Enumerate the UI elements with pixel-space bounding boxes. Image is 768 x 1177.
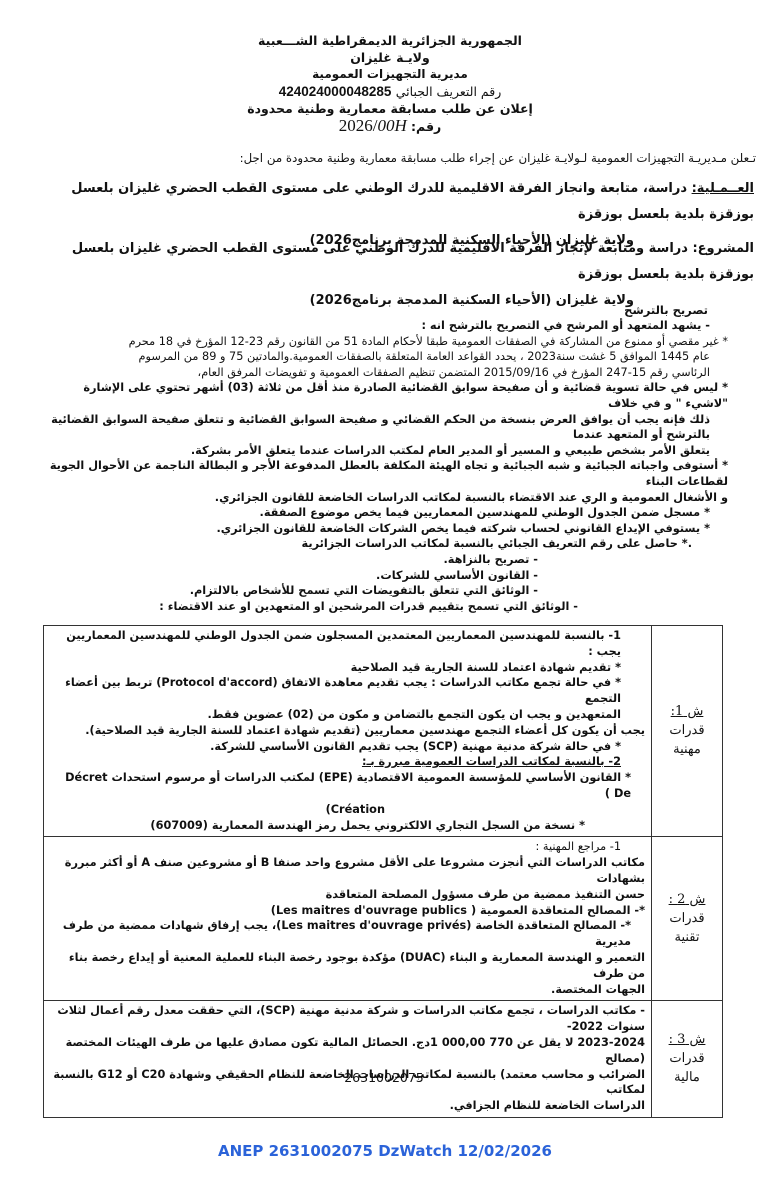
criteria-label-line: قدرات [658,1049,716,1068]
declaration-line: - تصريح بالنزاهة. [42,552,728,568]
announcement-page: الجمهورية الجزائرية الديمقراطية الشـــعب… [0,0,768,1177]
tax-id-value: 424024000048285 [279,84,392,99]
declaration-line: - الوثائق التي تتعلق بالتفويضات التي تسم… [42,583,728,599]
reference-year: 2026/ [339,116,378,135]
criteria-line: 2- بالنسبة لمكاتب الدراسات العمومية مبرر… [50,754,645,770]
criteria-line: * تقديم شهادة اعتماد للسنة الجارية قيد ا… [50,660,645,676]
declaration-line: و الأشغال العمومية و الري عند الاقتضاء ب… [42,490,728,506]
operation-label: العــمـلية: [692,181,754,196]
criteria-label: ش 3 : قدرات مالية [652,1001,723,1118]
criteria-label-line: قدرات [658,721,716,740]
criteria-row-technical: ش 2 : قدرات تقنية 1- مراجع المهنية : مكا… [44,837,723,1001]
criteria-line: التعمير و الهندسة المعمارية و البناء (DU… [50,950,645,982]
declaration-line: عام 1445 الموافق 5 غشت سنة2023 ، يحدد ال… [42,349,728,365]
criteria-line: يجب أن يكون كل أعضاء التجمع مهندسين معما… [50,723,645,739]
criteria-label: ش 2 : قدرات تقنية [652,837,723,1001]
criteria-key: ش 3 : [658,1030,716,1049]
ad-number: 2631002075 [0,1070,768,1085]
declaration-line: * أستوفى واجباته الجبائية و شبه الجبائية… [42,458,728,489]
tax-id: رقم التعريف الجبائي 424024000048285 [230,83,550,100]
criteria-line: مكاتب الدراسات التي أنجزت مشروعا على الأ… [50,855,645,887]
project-text: دراسة ومتابعة لإنجاز الفرقة الاقليمية لل… [72,241,754,282]
criteria-line: * نسخة من السجل التجاري الالكتروني يحمل … [50,818,645,834]
declaration-line: * مسجل ضمن الجدول الوطني للمهندسين المعم… [42,505,728,521]
source-watermark: ANEP 2631002075 DzWatch 12/02/2026 [218,1142,552,1160]
criteria-line: *- المصالح المتعاقدة العمومية ( Les mait… [50,903,645,919]
declaration-line: .* حاصل على رقم التعريف الجبائي بالنسبة … [42,536,728,552]
operation-text: دراسة، متابعة وانجاز الفرقة الاقليمية لل… [71,181,754,222]
criteria-table: ش 1: قدرات مهنية 1- بالنسبة للمهندسين ال… [43,625,723,1118]
declaration-title: تصريح بالترشح [560,302,708,318]
criteria-line: * في حالة شركة مدنية مهنية (SCP) يجب تقد… [50,739,645,755]
criteria-content: - مكاتب الدراسات ، تجمع مكاتب الدراسات و… [44,1001,652,1118]
criteria-label-line: تقنية [658,928,716,947]
criteria-line: * القانون الأساسي للمؤسسة العمومية الاقت… [50,770,645,802]
republic-name: الجمهورية الجزائرية الديمقراطية الشـــعب… [230,32,550,49]
criteria-line: - مكاتب الدراسات ، تجمع مكاتب الدراسات و… [50,1003,645,1035]
project-label: المشروع: [692,241,754,256]
criteria-line: الجهات المختصة. [50,982,645,998]
criteria-key: ش 1: [658,702,716,721]
declaration-line: * ليس في حالة تسوية قضائية و أن صفيحة سو… [42,380,728,411]
announcement-title: إعلان عن طلب مسابقة معمارية وطنية محدودة [230,100,550,117]
declaration-line: الرئاسي رقم 15-247 المؤرخ في 2015/09/16 … [42,365,728,381]
declaration-line: - الوثائق التي تسمح بتقييم قدرات المرشحي… [42,599,728,615]
declaration-line: - القانون الأساسي للشركات. [42,568,728,584]
criteria-line: 2023-2024 لا يقل عن 770 000,00 1دج. الحص… [50,1035,645,1067]
criteria-line: Création) [50,802,645,818]
tax-id-label: رقم التعريف الجبائي [396,84,502,99]
criteria-row-financial: ش 3 : قدرات مالية - مكاتب الدراسات ، تجم… [44,1001,723,1118]
criteria-content: 1- مراجع المهنية : مكاتب الدراسات التي أ… [44,837,652,1001]
criteria-label: ش 1: قدرات مهنية [652,626,723,837]
wilaya-name: ولايـة غليزان [230,49,550,66]
reference-handwritten: 00H [378,116,407,135]
intro-text: تـعلن مـديريـة التجهيزات العمومية لـولاي… [180,150,756,166]
declaration-line: ذلك فإنه يجب أن يوافق العرض بنسخة من الح… [42,412,728,443]
criteria-line: الدراسات الخاضعة للنظام الجزافي. [50,1098,645,1114]
criteria-line: 1- بالنسبة للمهندسين المعماريين المعتمدي… [50,628,645,660]
directorate-name: مديرية التجهيزات العمومية [230,66,550,83]
document-header: الجمهورية الجزائرية الديمقراطية الشـــعب… [230,32,550,135]
declaration-line: * يستوفي الإيداع القانوني لحساب شركته في… [42,521,728,537]
criteria-content: 1- بالنسبة للمهندسين المعماريين المعتمدي… [44,626,652,837]
criteria-line: * في حالة تجمع مكاتب الدراسات : يجب تقدي… [50,675,645,707]
reference-label: رقم: [411,119,441,134]
criteria-label-line: قدرات [658,909,716,928]
criteria-line: 1- مراجع المهنية : [50,839,645,855]
declaration-line: - يشهد المتعهد أو المرشح في التصريح بالت… [42,318,728,334]
declaration-line: يتعلق الأمر بشخص طبيعي و المسير أو المدي… [42,443,728,459]
criteria-line: المتعهدين و يجب ان يكون التجمع بالتضامن … [50,707,645,723]
criteria-row-professional: ش 1: قدرات مهنية 1- بالنسبة للمهندسين ال… [44,626,723,837]
criteria-line: *- المصالح المتعاقدة الخاصة (Les maitres… [50,918,645,950]
criteria-key: ش 2 : [658,890,716,909]
declaration-list: - يشهد المتعهد أو المرشح في التصريح بالت… [42,318,728,614]
reference-number: رقم: 2026/00H [230,117,550,135]
criteria-line: حسن التنفيذ ممضية من طرف مسؤول المصلحة ا… [50,887,645,903]
criteria-label-line: مهنية [658,740,716,759]
declaration-line: * غير مقصي أو ممنوع من المشاركة في الصفق… [42,334,728,350]
